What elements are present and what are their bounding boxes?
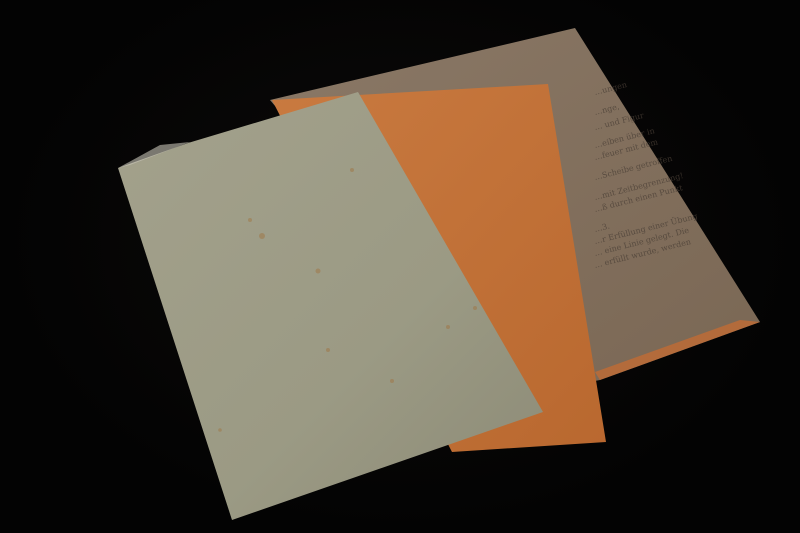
photo-scene: …ungen…nge,… und Figur…eiben über in…feu…: [0, 0, 800, 533]
papers-illustration: …ungen…nge,… und Figur…eiben über in…feu…: [0, 0, 800, 533]
